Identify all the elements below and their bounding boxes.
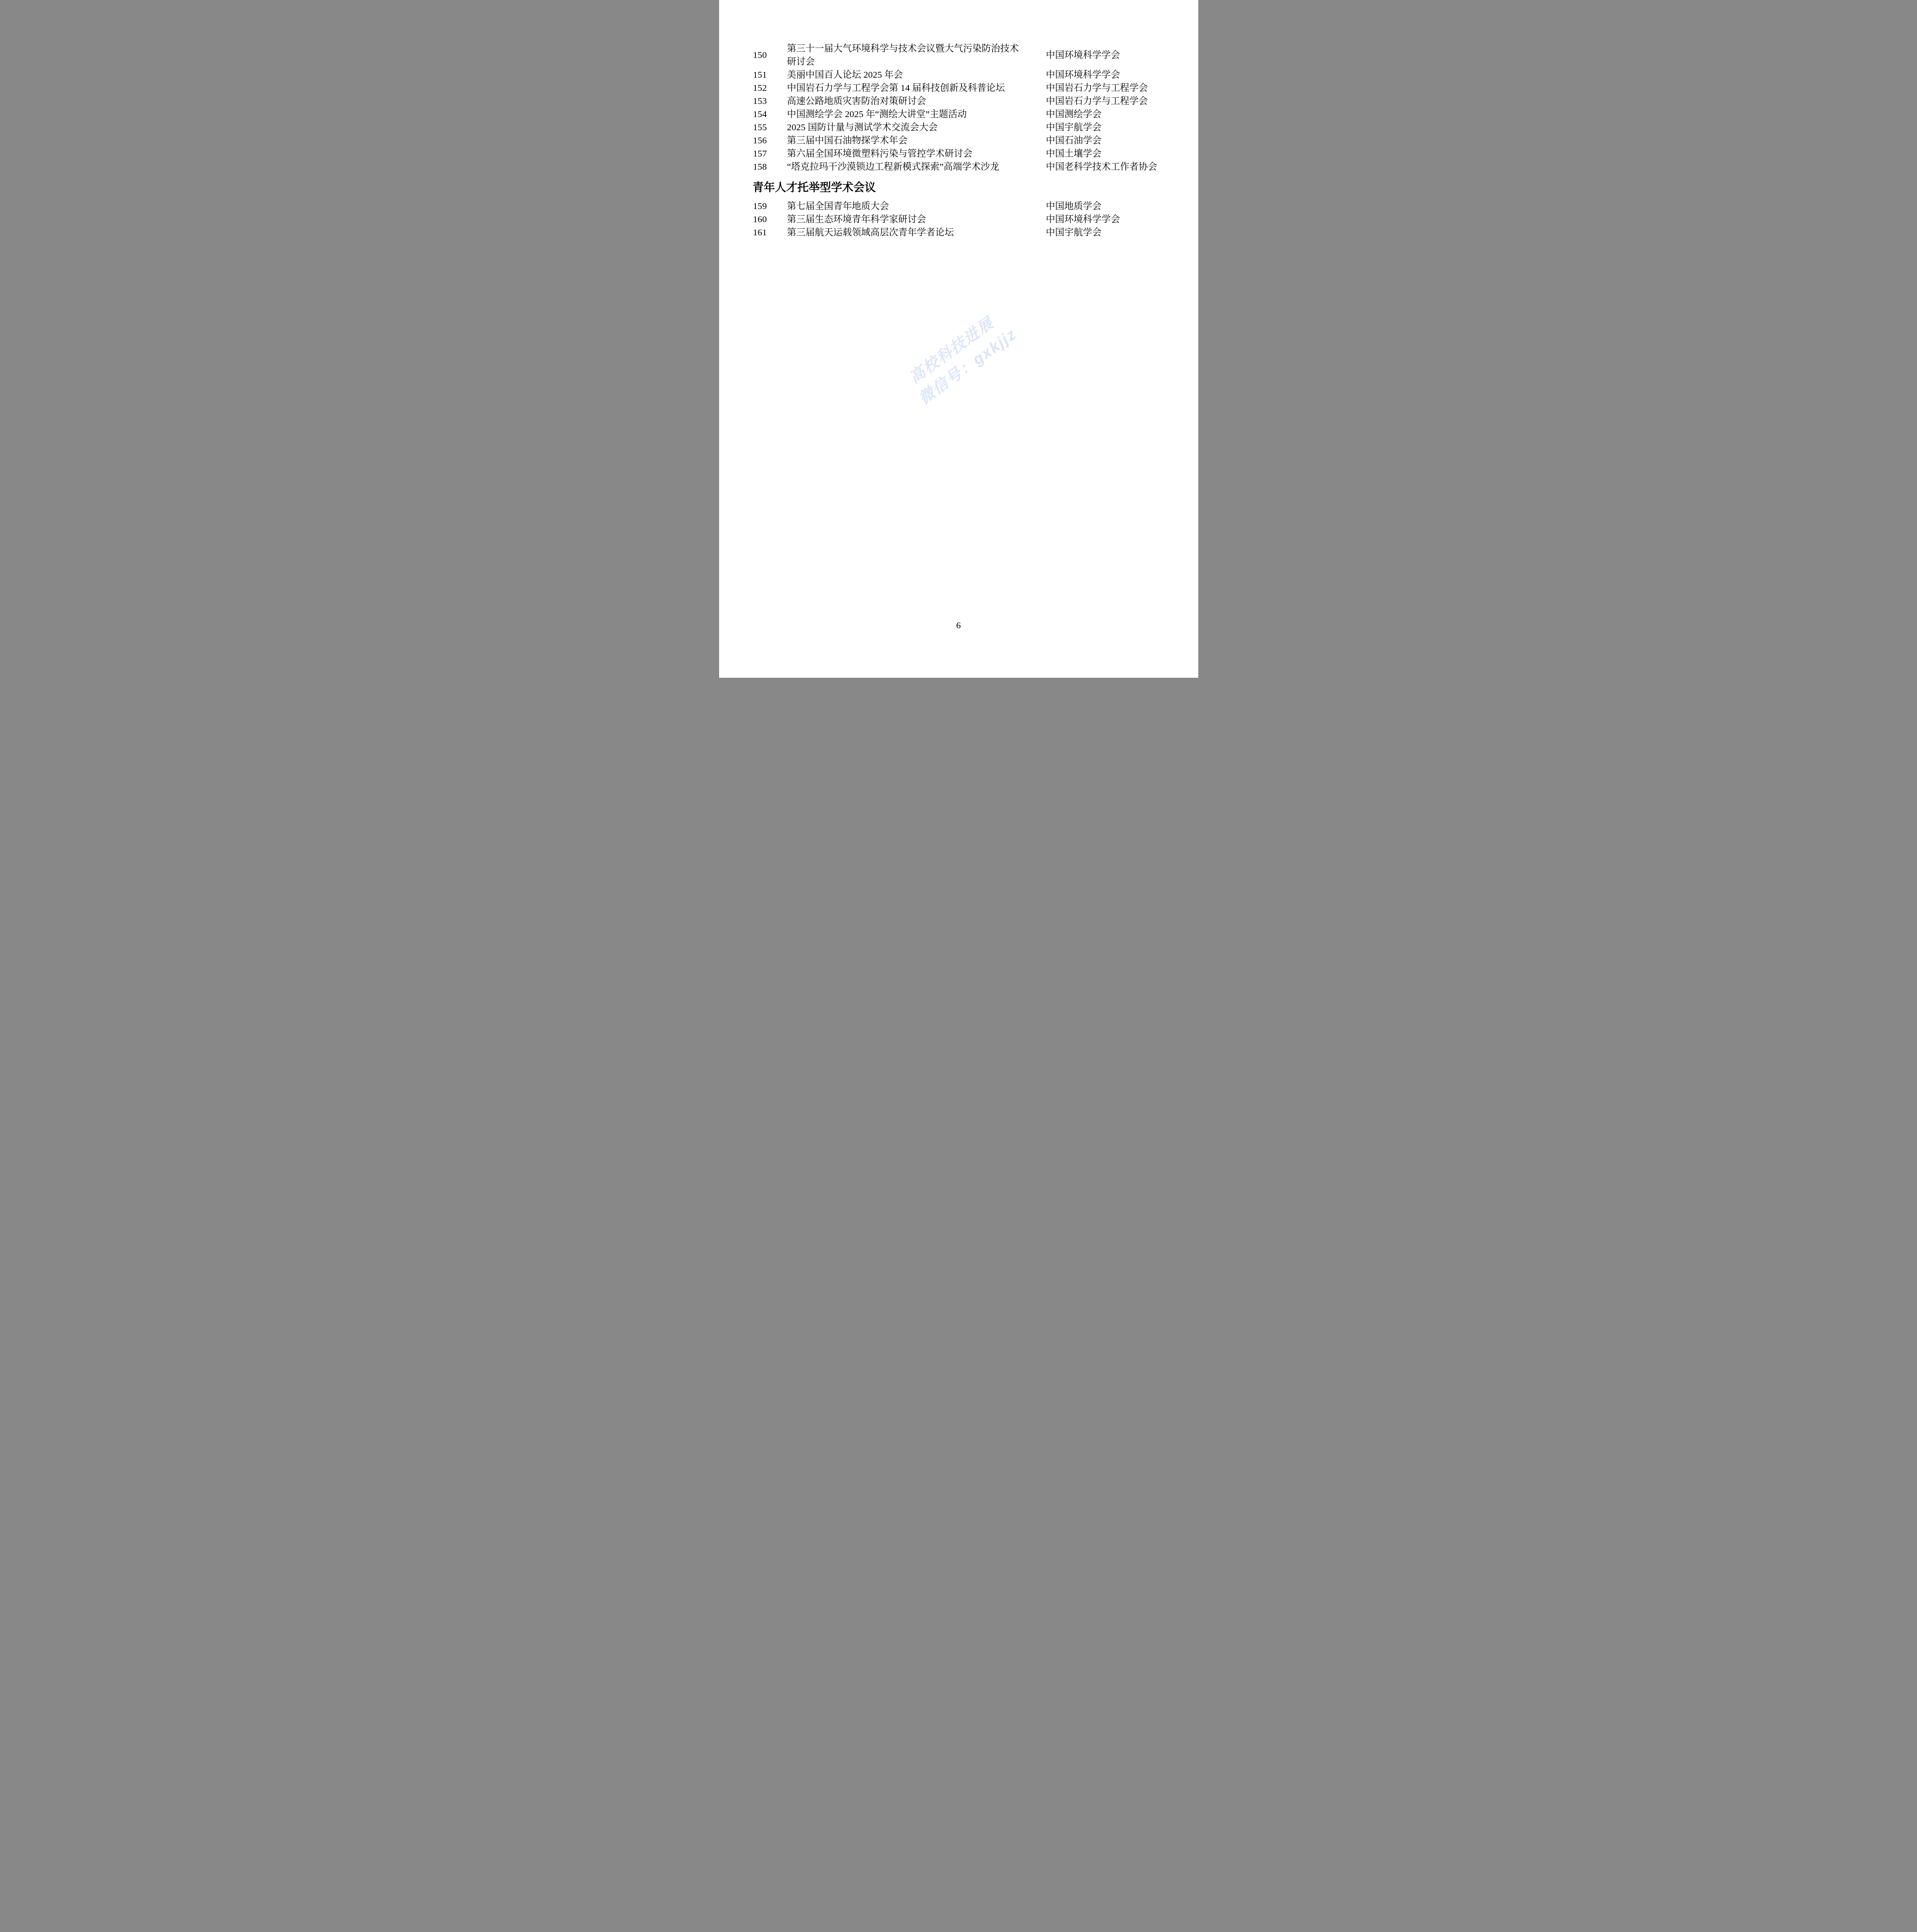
- organizer-society: 中国岩石力学与工程学会: [1021, 82, 1198, 95]
- table-row: 155 2025 国防计量与测试学术交流会大会 中国宇航学会: [719, 121, 1198, 134]
- organizer-society: 中国宇航学会: [1021, 226, 1198, 239]
- table-row: 153 高速公路地质灾害防治对策研讨会 中国岩石力学与工程学会: [719, 95, 1198, 108]
- row-number: 153: [753, 95, 787, 108]
- row-number: 152: [753, 82, 787, 95]
- conference-name: 中国测绘学会 2025 年“测绘大讲堂”主题活动: [787, 108, 1021, 121]
- section-heading-youth-conferences: 青年人才托举型学术会议: [753, 180, 1198, 196]
- table-row: 161 第三届航天运载领域高层次青年学者论坛 中国宇航学会: [719, 226, 1198, 239]
- conference-name: 第三届中国石油物探学术年会: [787, 134, 1021, 147]
- conference-list: 150 第三十一届大气环境科学与技术会议暨大气污染防治技术研讨会 中国环境科学学…: [719, 42, 1198, 239]
- conference-name: 第三届生态环境青年科学家研讨会: [787, 213, 1021, 226]
- table-row: 160 第三届生态环境青年科学家研讨会 中国环境科学学会: [719, 213, 1198, 226]
- table-row: 156 第三届中国石油物探学术年会 中国石油学会: [719, 134, 1198, 147]
- row-number: 157: [753, 147, 787, 160]
- conference-name: 第三届航天运载领域高层次青年学者论坛: [787, 226, 1021, 239]
- watermark-line1: 高校科技进展: [868, 286, 1035, 415]
- table-row: 150 第三十一届大气环境科学与技术会议暨大气污染防治技术研讨会 中国环境科学学…: [719, 42, 1198, 68]
- conference-name: 第三十一届大气环境科学与技术会议暨大气污染防治技术研讨会: [787, 42, 1021, 68]
- organizer-society: 中国土壤学会: [1021, 147, 1198, 160]
- row-number: 161: [753, 226, 787, 239]
- conference-name: 美丽中国百人论坛 2025 年会: [787, 68, 1021, 82]
- conference-name: “塔克拉玛干沙漠锁边工程新模式探索”高端学术沙龙: [787, 160, 1021, 173]
- conference-name: 中国岩石力学与工程学会第 14 届科技创新及科普论坛: [787, 82, 1021, 95]
- watermark: 高校科技进展 微信号：gxkjjz: [868, 286, 1048, 433]
- row-number: 160: [753, 213, 787, 226]
- organizer-society: 中国测绘学会: [1021, 108, 1198, 121]
- table-row: 151 美丽中国百人论坛 2025 年会 中国环境科学学会: [719, 68, 1198, 82]
- organizer-society: 中国环境科学学会: [1021, 68, 1198, 82]
- page-number: 6: [719, 619, 1198, 632]
- organizer-society: 中国岩石力学与工程学会: [1021, 95, 1198, 108]
- conference-name: 2025 国防计量与测试学术交流会大会: [787, 121, 1021, 134]
- row-number: 151: [753, 68, 787, 82]
- organizer-society: 中国环境科学学会: [1021, 49, 1198, 62]
- document-page: 高校科技进展 微信号：gxkjjz 150 第三十一届大气环境科学与技术会议暨大…: [719, 0, 1198, 678]
- conference-name: 第六届全国环境微塑料污染与管控学术研讨会: [787, 147, 1021, 160]
- table-row: 159 第七届全国青年地质大会 中国地质学会: [719, 200, 1198, 213]
- table-row: 152 中国岩石力学与工程学会第 14 届科技创新及科普论坛 中国岩石力学与工程…: [719, 82, 1198, 95]
- conference-name: 第七届全国青年地质大会: [787, 200, 1021, 213]
- organizer-society: 中国环境科学学会: [1021, 213, 1198, 226]
- organizer-society: 中国宇航学会: [1021, 121, 1198, 134]
- row-number: 159: [753, 200, 787, 213]
- organizer-society: 中国地质学会: [1021, 200, 1198, 213]
- watermark-line2: 微信号：gxkjjz: [881, 304, 1048, 433]
- row-number: 154: [753, 108, 787, 121]
- organizer-society: 中国石油学会: [1021, 134, 1198, 147]
- table-row: 154 中国测绘学会 2025 年“测绘大讲堂”主题活动 中国测绘学会: [719, 108, 1198, 121]
- organizer-society: 中国老科学技术工作者协会: [1021, 160, 1198, 173]
- row-number: 158: [753, 160, 787, 173]
- row-number: 150: [753, 49, 787, 62]
- row-number: 155: [753, 121, 787, 134]
- table-row: 158 “塔克拉玛干沙漠锁边工程新模式探索”高端学术沙龙 中国老科学技术工作者协…: [719, 160, 1198, 173]
- conference-name: 高速公路地质灾害防治对策研讨会: [787, 95, 1021, 108]
- row-number: 156: [753, 134, 787, 147]
- table-row: 157 第六届全国环境微塑料污染与管控学术研讨会 中国土壤学会: [719, 147, 1198, 160]
